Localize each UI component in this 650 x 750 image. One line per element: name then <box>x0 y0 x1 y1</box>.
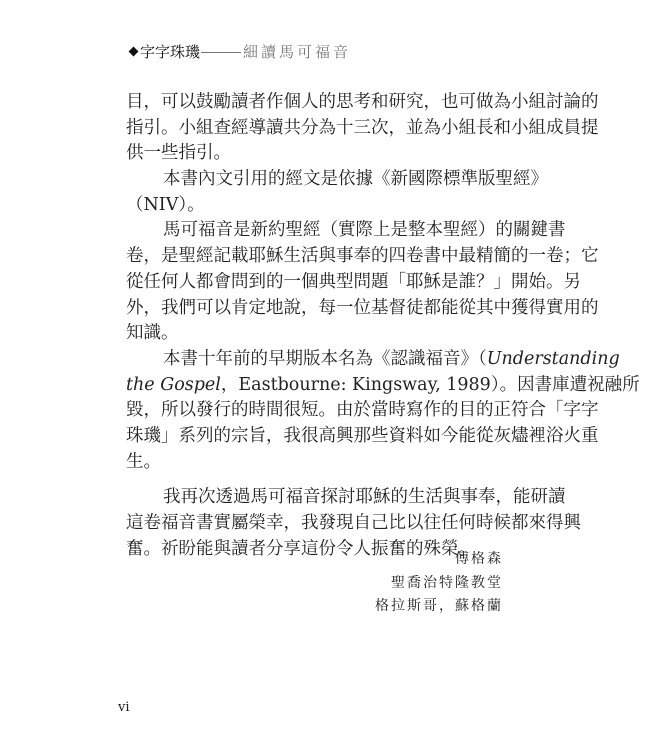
italic-book-title: the Gospel <box>126 375 221 395</box>
paragraph-1: 目，可以鼓勵讀者作個人的思考和研究，也可做為小組討論的 指引。小組查經導讀共分為… <box>126 90 504 167</box>
text-line: 我再次透過馬可福音探討耶穌的生活與事奉，能研讀 <box>126 485 504 511</box>
text-line: 目，可以鼓勵讀者作個人的思考和研究，也可做為小組討論的 <box>126 90 504 116</box>
signature-author: 傅格森 <box>375 548 503 572</box>
text-line: 這卷福音書實屬榮幸，我發現自己比以往任何時候都來得興 <box>126 511 504 537</box>
italic-book-title: Understanding <box>487 349 620 369</box>
running-header: 字字珠璣細讀馬可福音 <box>128 43 351 61</box>
text-line: 從任何人都會問到的一個典型問題「耶穌是誰？」開始。另 <box>126 270 504 296</box>
text-line: （NIV）。 <box>126 193 504 219</box>
paragraph-2: 本書內文引用的經文是依據《新國際標準版聖經》 （NIV）。 <box>126 167 504 218</box>
text-segment: 本書十年前的早期版本名為《認識福音》（ <box>163 349 487 369</box>
book-subtitle: 細讀馬可福音 <box>243 43 351 61</box>
text-line: 馬可福音是新約聖經（實際上是整本聖經）的關鍵書 <box>126 218 504 244</box>
text-line: 外，我們可以肯定地說，每一位基督徒都能從其中獲得實用的 <box>126 296 504 322</box>
text-segment: ，Eastbourne: Kingsway, 1989）。因書庫遭祝融所 <box>221 375 640 395</box>
text-line: 毀，所以發行的時間很短。由於當時寫作的目的正符合「字字 <box>126 398 504 424</box>
diamond-bullet-icon <box>129 47 139 57</box>
text-line: 卷，是聖經記載耶穌生活與事奉的四卷書中最精簡的一卷；它 <box>126 244 504 270</box>
text-line: 生。 <box>126 450 504 476</box>
text-line: the Gospel，Eastbourne: Kingsway, 1989）。因… <box>126 373 504 399</box>
paragraph-gap <box>126 475 504 485</box>
text-line: 指引。小組查經導讀共分為十三次，並為小組長和小組成員提 <box>126 116 504 142</box>
signature-block: 傅格森 聖喬治特隆教堂 格拉斯哥，蘇格蘭 <box>375 548 503 619</box>
page-number: vi <box>118 700 130 715</box>
text-line: 供一些指引。 <box>126 141 504 167</box>
preface-body: 目，可以鼓勵讀者作個人的思考和研究，也可做為小組討論的 指引。小組查經導讀共分為… <box>126 90 504 562</box>
paragraph-3: 馬可福音是新約聖經（實際上是整本聖經）的關鍵書 卷，是聖經記載耶穌生活與事奉的四… <box>126 218 504 346</box>
text-line: 本書十年前的早期版本名為《認識福音》（Understanding <box>126 347 504 373</box>
em-dash-divider <box>201 52 241 53</box>
text-line: 本書內文引用的經文是依據《新國際標準版聖經》 <box>126 167 504 193</box>
text-line: 珠璣」系列的宗旨，我很高興那些資料如今能從灰燼裡浴火重 <box>126 424 504 450</box>
book-series-title: 字字珠璣 <box>140 43 200 61</box>
signature-location: 格拉斯哥，蘇格蘭 <box>375 595 503 619</box>
text-line: 知識。 <box>126 321 504 347</box>
paragraph-4: 本書十年前的早期版本名為《認識福音》（Understanding the Gos… <box>126 347 504 475</box>
signature-church: 聖喬治特隆教堂 <box>375 572 503 596</box>
